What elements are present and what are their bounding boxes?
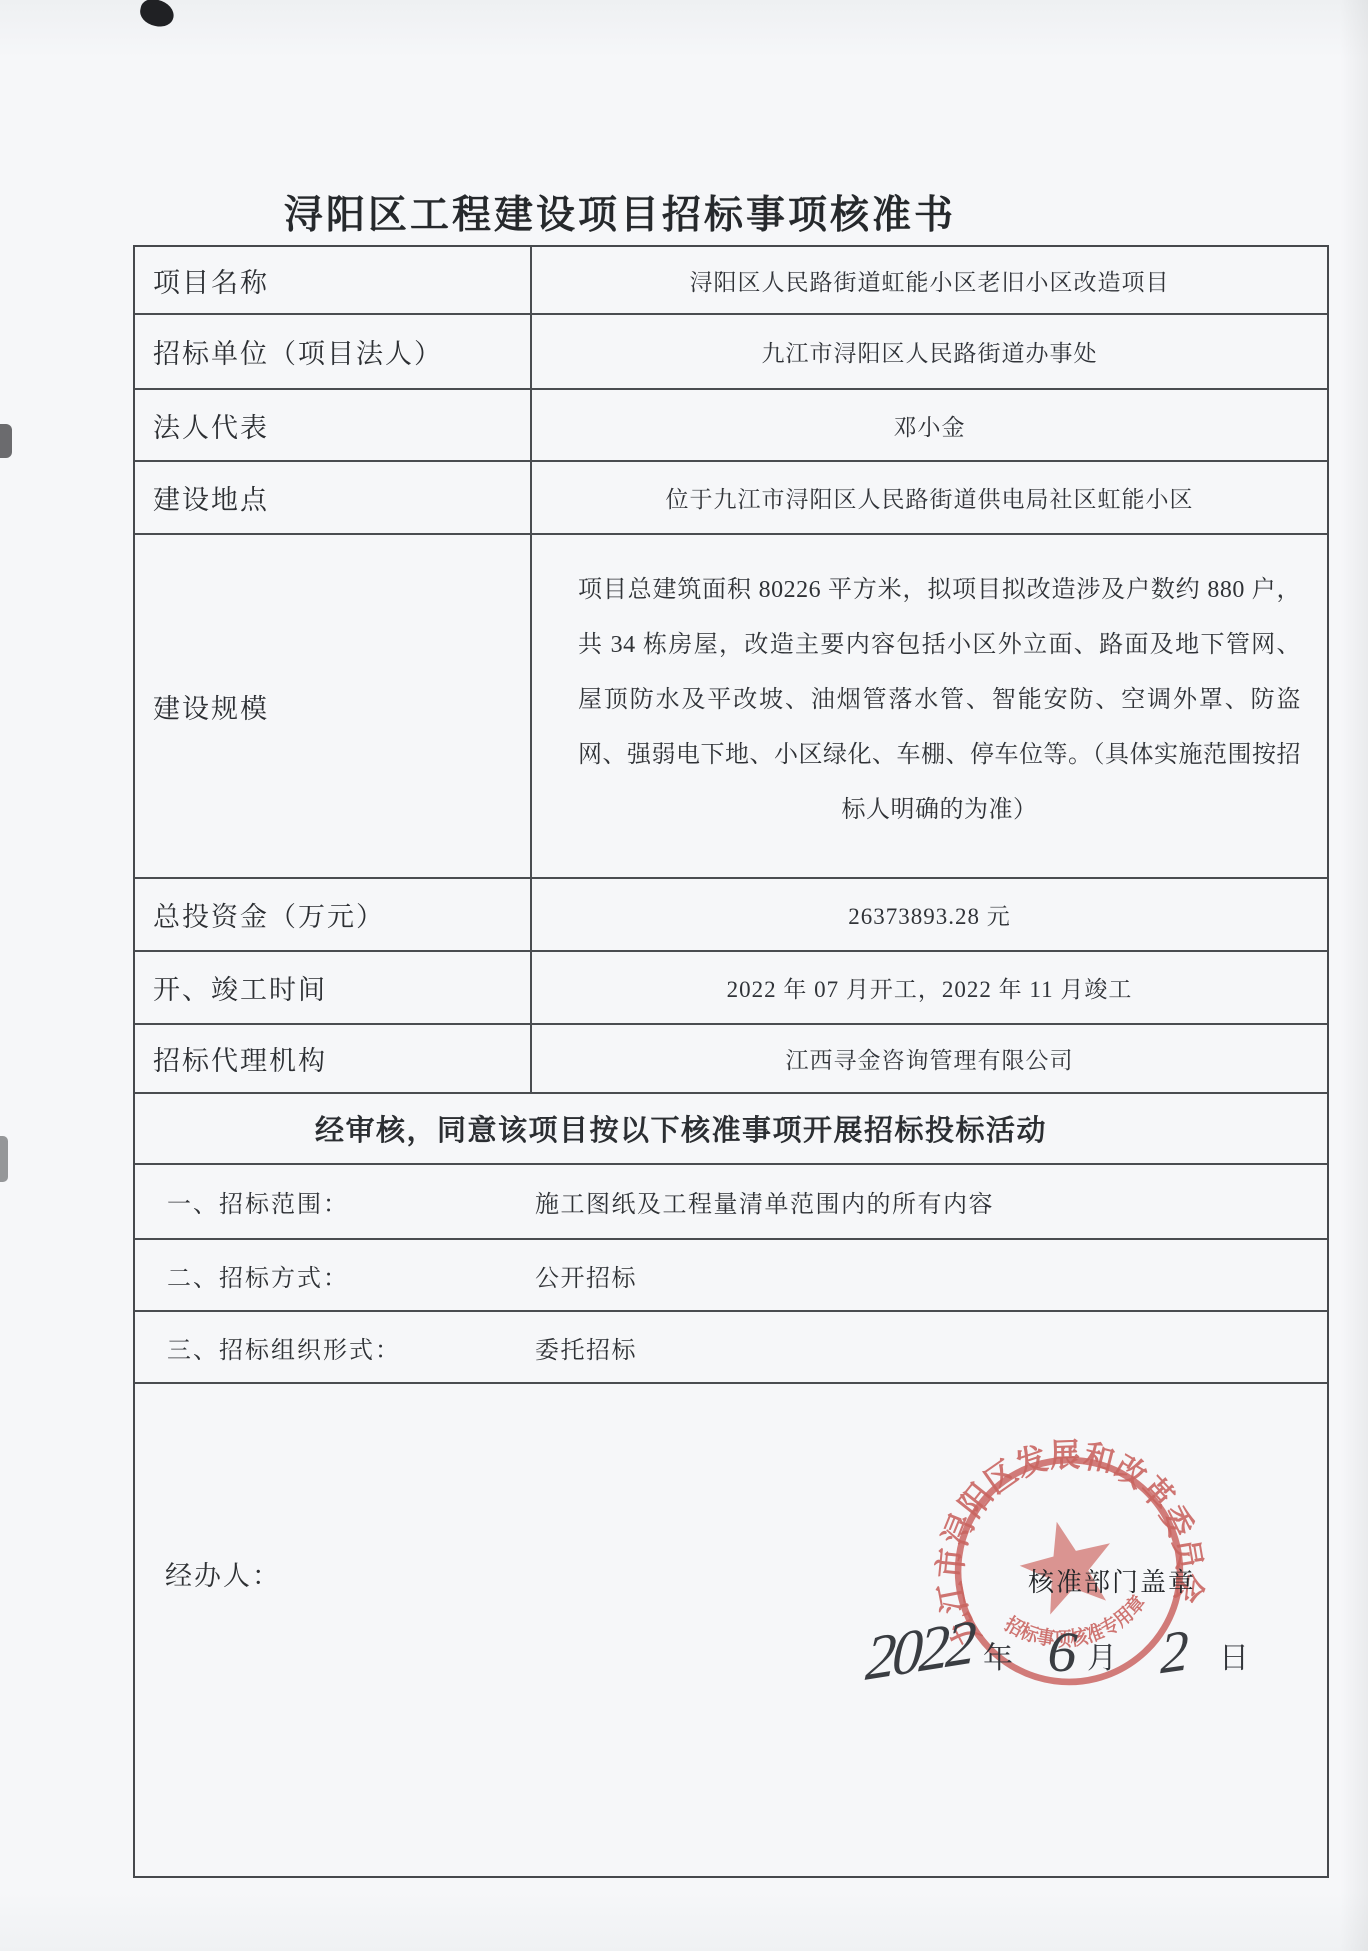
date-day-unit: 日 xyxy=(1219,1633,1250,1677)
signature-footer-row: 经办人： 核准部门盖章 九江市浔阳区发展和改革委员会 招标事项核准专用章 202… xyxy=(135,1384,1327,1876)
handwritten-date: 2022 年 6 月 2 日 xyxy=(865,1616,1250,1687)
approval-statement-row: 经审核，同意该项目按以下核准事项开展招标投标活动 xyxy=(135,1094,1327,1165)
scan-mark xyxy=(0,424,12,458)
table-row: 招标单位（项目法人） 九江市浔阳区人民路街道办事处 xyxy=(135,315,1327,390)
table-row: 项目名称 浔阳区人民路街道虹能小区老旧小区改造项目 xyxy=(135,247,1327,315)
item-value: 委托招标 xyxy=(535,1330,637,1365)
row-label: 法人代表 xyxy=(135,390,532,460)
row-label: 招标单位（项目法人） xyxy=(135,315,532,388)
row-value: 江西寻金咨询管理有限公司 xyxy=(532,1025,1327,1092)
row-value: 2022 年 07 月开工，2022 年 11 月竣工 xyxy=(532,952,1327,1023)
approval-statement: 经审核，同意该项目按以下核准事项开展招标投标活动 xyxy=(85,1108,1277,1149)
row-value: 26373893.28 元 xyxy=(532,879,1327,950)
approved-item-row: 二、招标方式： 公开招标 xyxy=(135,1240,1327,1312)
table-row: 建设地点 位于九江市浔阳区人民路街道供电局社区虹能小区 xyxy=(135,462,1327,535)
row-value: 浔阳区人民路街道虹能小区老旧小区改造项目 xyxy=(532,247,1327,313)
row-label: 开、竣工时间 xyxy=(135,952,532,1023)
row-label: 建设地点 xyxy=(135,462,532,533)
row-value: 位于九江市浔阳区人民路街道供电局社区虹能小区 xyxy=(532,462,1327,533)
date-year-handwritten: 2022 xyxy=(864,1607,974,1696)
table-row: 总投资金（万元） 26373893.28 元 xyxy=(135,879,1327,952)
item-label: 一、招标范围： xyxy=(135,1184,535,1219)
date-month-handwritten: 6 xyxy=(1046,1617,1080,1686)
row-label: 建设规模 xyxy=(135,535,532,877)
item-value: 施工图纸及工程量清单范围内的所有内容 xyxy=(535,1184,994,1219)
item-label: 二、招标方式： xyxy=(135,1258,535,1293)
table-row: 开、竣工时间 2022 年 07 月开工，2022 年 11 月竣工 xyxy=(135,952,1327,1025)
item-label: 三、招标组织形式： xyxy=(135,1330,535,1365)
table-row-construction-scale: 建设规模 项目总建筑面积 80226 平方米，拟项目拟改造涉及户数约 880 户… xyxy=(135,535,1327,879)
row-label: 招标代理机构 xyxy=(135,1025,532,1092)
approval-table: 项目名称 浔阳区人民路街道虹能小区老旧小区改造项目 招标单位（项目法人） 九江市… xyxy=(133,245,1329,1878)
row-value: 九江市浔阳区人民路街道办事处 xyxy=(532,315,1327,388)
date-day-handwritten: 2 xyxy=(1160,1616,1189,1688)
handler-label: 经办人： xyxy=(165,1554,281,1593)
date-year-unit: 年 xyxy=(983,1633,1014,1677)
signature-footer-cell: 经办人： 核准部门盖章 九江市浔阳区发展和改革委员会 招标事项核准专用章 202… xyxy=(135,1384,1327,1876)
scan-mark xyxy=(0,1136,8,1182)
date-month-unit: 月 xyxy=(1087,1633,1118,1677)
scan-mark xyxy=(138,0,177,29)
row-label: 项目名称 xyxy=(135,247,532,313)
approval-seal-label: 核准部门盖章 xyxy=(1028,1562,1196,1599)
document-title: 浔阳区工程建设项目招标事项核准书 xyxy=(0,184,1240,240)
row-value: 邓小金 xyxy=(532,390,1327,460)
construction-scale-text: 项目总建筑面积 80226 平方米，拟项目拟改造涉及户数约 880 户，共 34… xyxy=(532,535,1327,838)
scan-edge-shadow xyxy=(1340,0,1368,1951)
row-label: 总投资金（万元） xyxy=(135,879,532,950)
table-row: 法人代表 邓小金 xyxy=(135,390,1327,462)
item-value: 公开招标 xyxy=(535,1258,637,1293)
table-row: 招标代理机构 江西寻金咨询管理有限公司 xyxy=(135,1025,1327,1094)
approved-item-row: 三、招标组织形式： 委托招标 xyxy=(135,1312,1327,1384)
row-value: 项目总建筑面积 80226 平方米，拟项目拟改造涉及户数约 880 户，共 34… xyxy=(532,535,1327,877)
approved-item-row: 一、招标范围： 施工图纸及工程量清单范围内的所有内容 xyxy=(135,1165,1327,1240)
